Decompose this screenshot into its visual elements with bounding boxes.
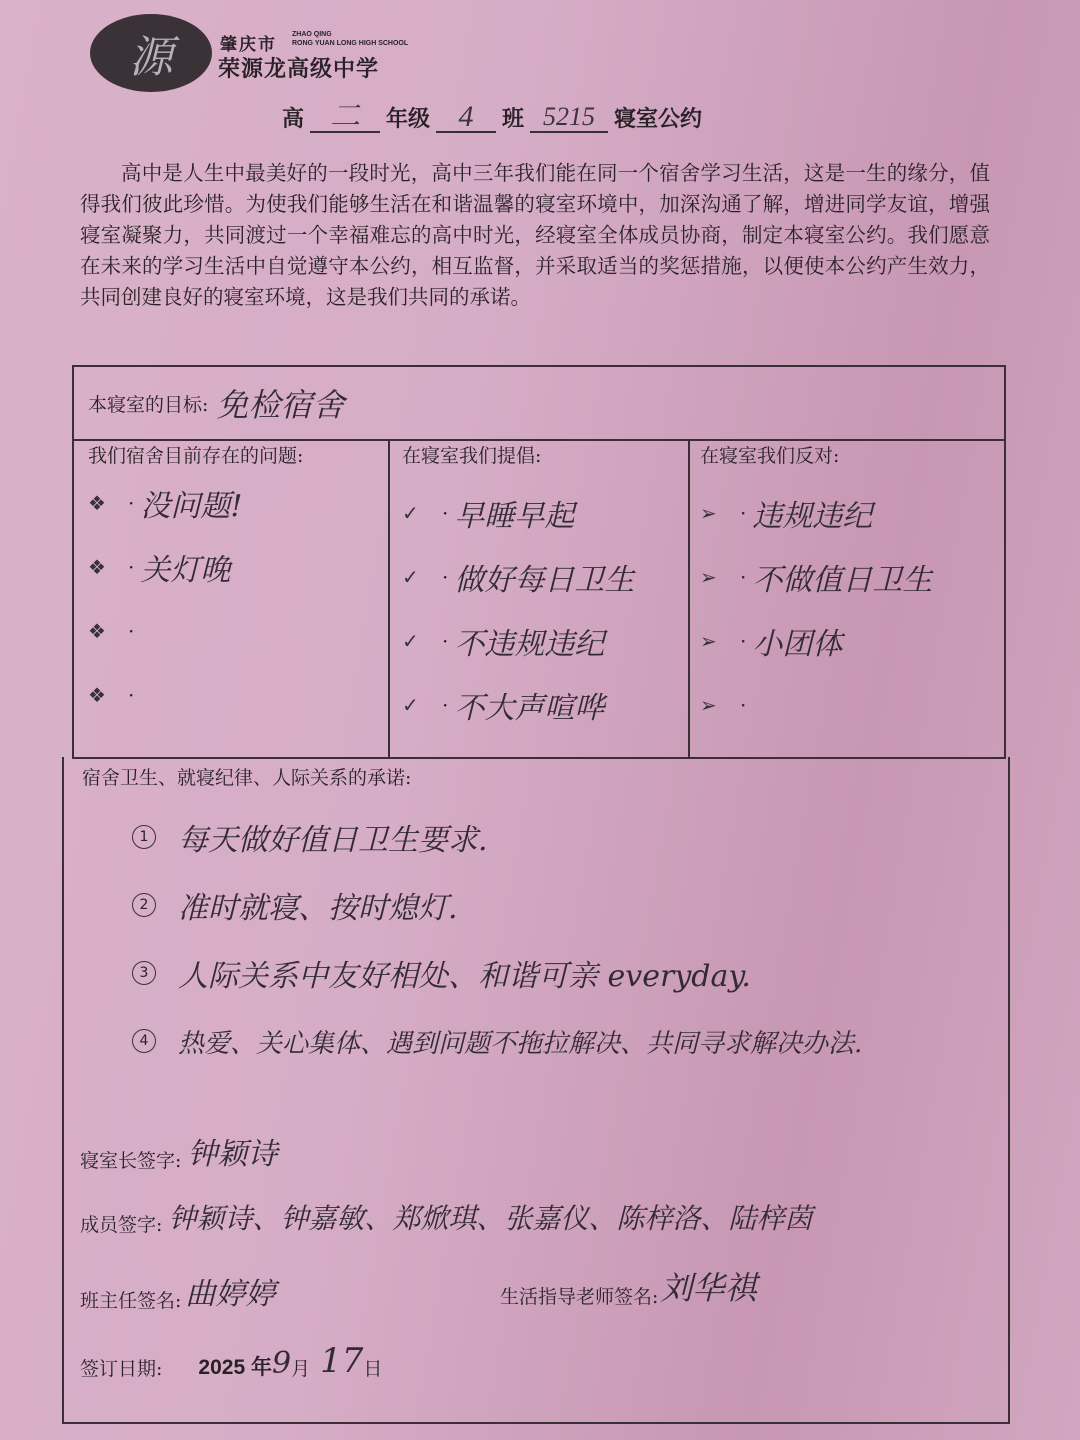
item-text: 没问题! [140,481,242,525]
arrow-bullet-icon: ➢ [700,565,740,589]
month-suffix: 月 [291,1354,310,1381]
columns-row: 我们宿舍目前存在的问题: ❖·没问题! ❖·关灯晚 ❖· ❖· 在寝室我们提倡:… [74,441,1004,757]
arrow-bullet-icon: ➢ [700,501,740,525]
date-row: 签订日期: 2025 年 9 月 17 日 [80,1341,382,1381]
item-text: 关灯晚 [140,545,230,589]
column-oppose: 在寝室我们反对: ➢·违规违纪 ➢·不做值日卫生 ➢·小团体 ➢· [690,441,1004,757]
diamond-bullet-icon: ❖ [88,619,128,643]
list-item: ➢·违规违纪 [700,481,994,545]
room-field: 5215 [530,103,608,133]
check-bullet-icon: ✓ [402,693,442,717]
list-item: ✓·做好每日卫生 [402,545,678,609]
head-teacher-signature-row: 班主任签名: 曲婷婷 [80,1269,275,1313]
item-text: 不违规违纪 [454,619,604,663]
leader-signature: 钟颖诗 [187,1129,277,1173]
members-signature-row: 成员签字: 钟颖诗、钟嘉敏、郑焮琪、张嘉仪、陈梓洛、陆梓茵 [80,1197,812,1237]
goal-value: 免检宿舍 [216,380,344,426]
commitments-list: 1每天做好值日卫生要求. 2准时就寝、按时熄灯. 3人际关系中友好相处、和谐可亲… [132,803,1008,1075]
commitment-item: 3人际关系中友好相处、和谐可亲 everyday. [132,939,1008,1007]
check-bullet-icon: ✓ [402,501,442,525]
intro-paragraph: 高中是人生中最美好的一段时光，高中三年我们能在同一个宿舍学习生活，这是一生的缘分… [80,158,990,313]
arrow-bullet-icon: ➢ [700,693,740,717]
school-logo: 源 [90,14,212,92]
list-item: ✓·早睡早起 [402,481,678,545]
leader-label: 寝室长签字: [80,1146,181,1173]
list-item: ❖· [88,663,378,727]
goal-row: 本寝室的目标: 免检宿舍 [74,367,1004,441]
item-text: 不大声喧哗 [454,683,604,727]
document-title: 高 二 年级 4 班 5215 寝室公约 [282,102,702,133]
column-advocate: 在寝室我们提倡: ✓·早睡早起 ✓·做好每日卫生 ✓·不违规违纪 ✓·不大声喧哗 [390,441,690,757]
head-teacher-signature: 曲婷婷 [185,1269,275,1313]
grade-field: 二 [310,103,380,133]
life-teacher-label: 生活指导老师签名: [500,1282,658,1309]
commitment-text: 人际关系中友好相处、和谐可亲 everyday. [178,951,751,995]
column-title-problems: 我们宿舍目前存在的问题: [88,441,378,471]
english-line-2: RONG YUAN LONG HIGH SCHOOL [292,39,408,48]
item-text: 违规违纪 [752,491,872,535]
circled-number-icon: 4 [132,1029,156,1053]
item-text: 做好每日卫生 [454,555,634,599]
form-table-top: 本寝室的目标: 免检宿舍 我们宿舍目前存在的问题: ❖·没问题! ❖·关灯晚 ❖… [72,365,1006,759]
grade-suffix: 年级 [386,102,430,133]
english-line-1: ZHAO QING [292,30,408,39]
date-month: 9 [272,1346,291,1381]
diamond-bullet-icon: ❖ [88,491,128,515]
leader-signature-row: 寝室长签字: 钟颖诗 [80,1129,277,1173]
item-text: 不做值日卫生 [752,555,932,599]
members-signatures: 钟颖诗、钟嘉敏、郑焮琪、张嘉仪、陈梓洛、陆梓茵 [168,1197,812,1237]
column-problems: 我们宿舍目前存在的问题: ❖·没问题! ❖·关灯晚 ❖· ❖· [74,441,390,757]
commitment-text: 热爱、关心集体、遇到问题不拖拉解决、共同寻求解决办法. [178,1023,862,1060]
circled-number-icon: 2 [132,893,156,917]
class-suffix: 班 [502,102,524,133]
members-label: 成员签字: [80,1210,162,1237]
item-text: 小团体 [752,619,842,663]
day-suffix: 日 [363,1354,382,1381]
list-item: ➢·不做值日卫生 [700,545,994,609]
circled-number-icon: 1 [132,825,156,849]
column-title-oppose: 在寝室我们反对: [700,441,994,471]
list-item: ✓·不大声喧哗 [402,673,678,737]
date-year: 2025 年 [198,1351,272,1381]
head-teacher-label: 班主任签名: [80,1286,181,1313]
life-teacher-signature: 刘华祺 [660,1263,756,1309]
arrow-bullet-icon: ➢ [700,629,740,653]
commitment-text: 准时就寝、按时熄灯. [178,883,458,927]
commitment-item: 4热爱、关心集体、遇到问题不拖拉解决、共同寻求解决办法. [132,1007,1008,1075]
list-item: ❖· [88,599,378,663]
life-teacher-signature-row: 生活指导老师签名: 刘华祺 [500,1263,756,1309]
commitment-item: 1每天做好值日卫生要求. [132,803,1008,871]
circled-number-icon: 3 [132,961,156,985]
school-english-name: ZHAO QING RONG YUAN LONG HIGH SCHOOL [292,30,408,48]
list-item: ❖·关灯晚 [88,535,378,599]
check-bullet-icon: ✓ [402,565,442,589]
title-suffix: 寝室公约 [614,102,702,133]
title-prefix: 高 [282,102,304,133]
list-item: ✓·不违规违纪 [402,609,678,673]
commitments-label: 宿舍卫生、就寝纪律、人际关系的承诺: [82,763,1008,793]
commitment-text: 每天做好值日卫生要求. [178,815,488,859]
item-text: 早睡早起 [454,491,574,535]
form-table-bottom: 宿舍卫生、就寝纪律、人际关系的承诺: 1每天做好值日卫生要求. 2准时就寝、按时… [62,757,1010,1424]
school-name: 荣源龙高级中学 [218,52,379,83]
logo-glyph: 源 [90,14,212,92]
commitment-item: 2准时就寝、按时熄灯. [132,871,1008,939]
diamond-bullet-icon: ❖ [88,683,128,707]
check-bullet-icon: ✓ [402,629,442,653]
goal-label: 本寝室的目标: [88,390,208,417]
intro-text: 高中是人生中最美好的一段时光，高中三年我们能在同一个宿舍学习生活，这是一生的缘分… [80,158,990,313]
date-label: 签订日期: [80,1354,162,1381]
date-day: 17 [320,1341,363,1381]
diamond-bullet-icon: ❖ [88,555,128,579]
column-title-advocate: 在寝室我们提倡: [402,441,678,471]
class-field: 4 [436,103,496,133]
list-item: ➢·小团体 [700,609,994,673]
list-item: ➢· [700,673,994,737]
list-item: ❖·没问题! [88,471,378,535]
